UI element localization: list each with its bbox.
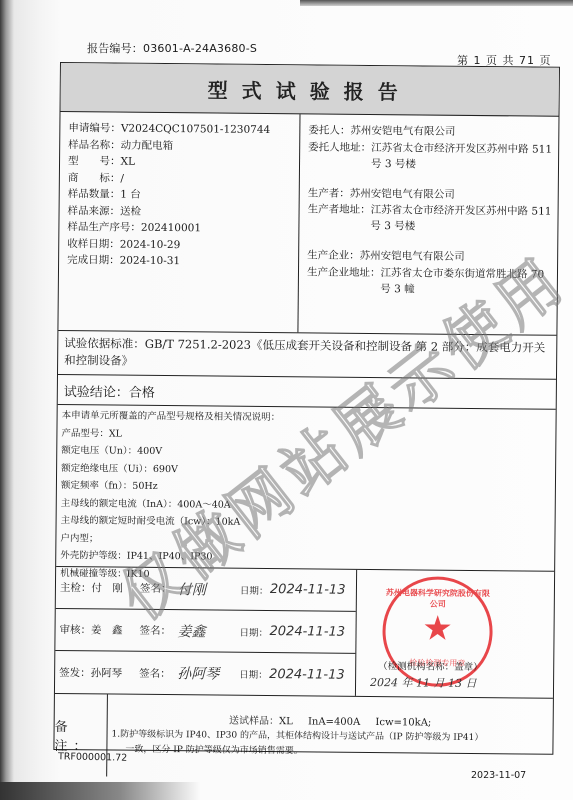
completed-date: 2024-10-31 [120,255,181,268]
seal-area: 苏州电器科学研究院股份有限公司 ★ 检验检测专用章 （检测机构名称：盖章） 20… [356,570,554,698]
producer-address: 江苏省太仓市经济开发区苏州中路 511 号 3 号楼 [370,202,551,236]
label: 完成日期： [67,254,120,267]
factory-address-row: 生产企业地址：江苏省太仓市娄东街道常胜北路 70 号 3 幢 [307,264,551,298]
signature-row-approver: 签发：孙阿琴 签名： 孙阿琴 日期： 2024-11-13 [55,651,355,696]
sign-label: 签名： [140,581,178,596]
signature-row-inspector: 主检：付 刚 签名： 付刚 日期： 2024-11-13 [56,567,356,612]
client-address: 江苏省太仓市经济开发区苏州中路 511 号 3 号楼 [371,139,552,173]
seal-date: 2024 年 11 月 13 日 [370,674,477,691]
sign-date: 2024-11-13 [270,582,346,598]
label: 申请编号： [68,122,121,135]
handwritten-signature: 姜鑫 [177,621,239,642]
signature-section: 主检：付 刚 签名： 付刚 日期： 2024-11-13 审核：姜 鑫 签名： … [55,567,554,699]
sign-label: 签名： [139,623,177,638]
remarks-body: 送试样品：XL InA=400A Icw=10kA; 1.防护等级标识为 IP4… [107,694,553,780]
label: 生产者： [308,187,350,199]
label: 型 号： [68,155,121,168]
party-info: 委托人：苏州安铠电气有限公司 委托人地址：江苏省太仓市经济开发区苏州中路 511… [298,114,558,334]
signature-list: 主检：付 刚 签名： 付刚 日期： 2024-11-13 审核：姜 鑫 签名： … [55,567,357,696]
label: 委托人地址： [308,139,371,172]
sign-date: 2024-11-13 [269,624,345,640]
label: 委托人： [308,124,350,136]
conclusion-value: 合格 [129,386,155,401]
factory-address: 江苏省太仓市娄东街道常胜北路 70 号 3 幢 [380,265,551,299]
serial-no: 202410001 [141,222,201,235]
received-date: 2024-10-29 [120,238,181,251]
label: 生产者地址： [307,201,370,234]
quantity-row: 样品数量：1 台 [68,186,293,205]
report-title: 型式试验报告 [61,63,559,117]
client-address-row: 委托人地址：江苏省太仓市经济开发区苏州中路 511 号 3 号楼 [308,139,552,173]
date-label: 日期： [240,582,270,596]
role: 审核：姜 鑫 [59,622,139,638]
label: 生产企业： [307,249,360,262]
label: 收样日期： [67,238,120,251]
factory: 苏州安铠电气有限公司 [360,250,465,263]
trademark: / [120,172,124,184]
producer: 苏州安铠电气有限公司 [350,187,455,200]
application-no: V2024CQC107501-1230744 [121,123,270,136]
report-sheet: 型式试验报告 申请编号：V2024CQC107501-1230744 样品名称：… [53,62,560,755]
remarks-section: 备 注： 送试样品：XL InA=400A Icw=10kA; 1.防护等级标识… [54,694,553,781]
label: 试验结论： [64,385,129,401]
quantity: 1 台 [120,189,141,201]
report-number: 报告编号：03601-A-24A3680-S [87,40,257,56]
signature-row-reviewer: 审核：姜 鑫 签名： 姜鑫 日期： 2024-11-13 [55,609,355,654]
scan-shadow-bottom [0,782,200,800]
label: 样品数量： [68,188,121,201]
spec-section: 本申请单元所覆盖的产品型号规格及相关情况说明： 产品型号：XL 额定电压（Un）… [56,405,556,572]
seal-org-text: 苏州电器科学研究院股份有限公司 [386,587,490,610]
producer-address-row: 生产者地址：江苏省太仓市经济开发区苏州中路 511 号 3 号楼 [307,201,551,235]
date-label: 日期： [239,667,269,681]
label: 样品来源： [68,205,121,218]
client: 苏州安铠电气有限公司 [350,125,455,138]
info-section: 申请编号：V2024CQC107501-1230744 样品名称：动力配电箱 型… [58,112,558,336]
serial-no-row: 样品生产序号：202410001 [67,219,292,238]
label: 生产企业地址： [307,264,381,297]
label: 样品名称： [68,139,121,152]
star-icon: ★ [385,611,489,646]
form-number: TRF000001.72 [58,751,127,763]
label: 试验依据标准： [64,336,145,351]
form-date: 2023-11-07 [471,770,526,781]
model: XL [120,156,135,168]
completed-date-row: 完成日期：2024-10-31 [67,252,292,271]
label: 样品生产序号： [67,221,141,234]
remarks-label: 备 注： [54,694,108,777]
sign-label: 签名： [139,665,177,680]
scan-shadow-top [300,0,573,6]
sample-name: 动力配电箱 [121,139,174,152]
sign-date: 2024-11-13 [269,667,345,683]
test-conclusion: 试验结论：合格 [58,375,556,410]
label: 商 标： [68,172,121,185]
source: 送检 [120,205,141,217]
model-row: 型 号：XL [68,153,293,172]
date-label: 日期： [239,624,269,638]
role: 签发：孙阿琴 [59,665,139,681]
handwritten-signature: 付刚 [178,579,240,600]
role: 主检：付 刚 [60,580,140,596]
sample-info: 申请编号：V2024CQC107501-1230744 样品名称：动力配电箱 型… [58,112,300,332]
seal-caption: （检测机构名称：盖章） [378,658,483,673]
application-no-row: 申请编号：V2024CQC107501-1230744 [68,120,293,139]
test-standard: 试验依据标准：GB/T 7251.2-2023《低压成套开关设备和控制设备 第 … [58,331,556,380]
handwritten-signature: 孙阿琴 [177,663,239,684]
